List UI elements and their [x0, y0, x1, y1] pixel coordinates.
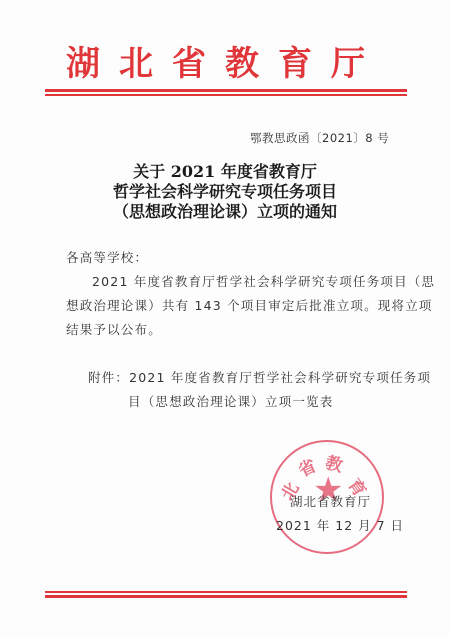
signature-organization: 湖北省教育厅 — [290, 492, 371, 510]
title-line: 哲学社会科学研究专项任务项目 — [60, 182, 390, 202]
attachment-line: 目（思想政治理论课）立项一览表 — [128, 392, 334, 410]
signature-date: 2021 年 12 月 7 日 — [276, 516, 404, 534]
footer-rule-thin — [45, 591, 407, 593]
title-line: （思想政治理论课）立项的通知 — [60, 202, 390, 222]
header-rule-thin — [45, 94, 407, 96]
document-number: 鄂教思政函〔2021〕8 号 — [250, 130, 389, 146]
title-line: 关于 2021 年度省教育厅 — [60, 162, 390, 182]
document-page: 湖北省教育厅 鄂教思政函〔2021〕8 号 关于 2021 年度省教育厅 哲学社… — [0, 0, 450, 637]
header-rule-thick — [45, 89, 407, 92]
body-line: 想政治理论课）共有 143 个项目审定后批准立项。现将立项 — [66, 296, 433, 314]
document-title: 关于 2021 年度省教育厅 哲学社会科学研究专项任务项目 （思想政治理论课）立… — [60, 162, 390, 222]
issuer-header: 湖北省教育厅 — [45, 44, 405, 84]
footer-rule-thick — [45, 595, 407, 598]
body-line: 结果予以公布。 — [66, 320, 162, 338]
attachment-line: 附件：2021 年度省教育厅哲学社会科学研究专项任务项 — [88, 368, 431, 386]
salutation: 各高等学校： — [66, 248, 148, 266]
body-line: 2021 年度省教育厅哲学社会科学研究专项任务项目（思 — [92, 272, 435, 290]
